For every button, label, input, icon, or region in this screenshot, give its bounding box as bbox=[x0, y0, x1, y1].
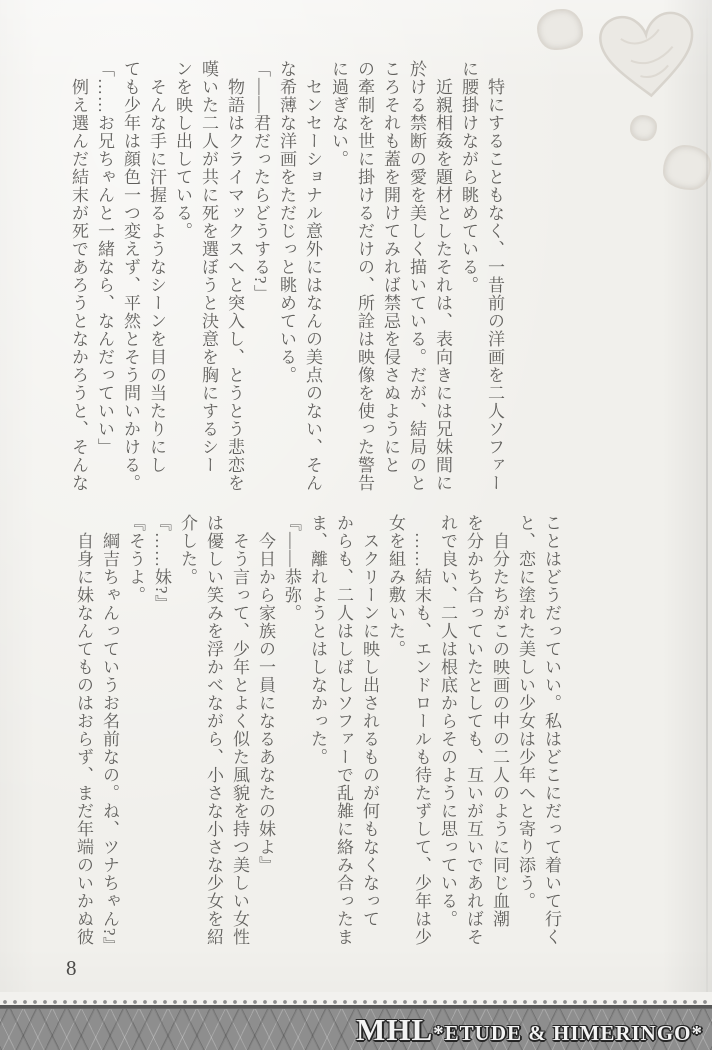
text-line: 女を組み敷いた。 bbox=[382, 514, 408, 947]
text-line: 於ける禁断の愛を美しく描いている。だが、結局のと bbox=[403, 60, 429, 493]
book-page: 特にすることもなく、一昔前の洋画を二人ソファーに腰掛けながら眺めている。 近親相… bbox=[0, 0, 712, 1050]
text-line: 物語はクライマックスへと突入し、とうとう悲恋を bbox=[221, 60, 247, 493]
text-line: な希薄な洋画をただじっと眺めている。 bbox=[273, 60, 299, 493]
text-line: 「……お兄ちゃんと一緒なら、なんだっていい」 bbox=[91, 60, 117, 493]
text-line: 綱吉ちゃんっていうお名前なの。ね、ツナちゃん?』 bbox=[96, 514, 122, 947]
text-line: 『――恭弥。 bbox=[278, 514, 304, 947]
text-line: 「――君だったらどうする?」 bbox=[247, 60, 273, 493]
text-line: 介した。 bbox=[174, 514, 200, 947]
tiny-heart-icon bbox=[630, 115, 657, 141]
text-line: センセーショナル意外にはなんの美点のない、そん bbox=[299, 60, 325, 493]
footer-title-sub: *ETUDE & HIMERINGO* bbox=[433, 1021, 703, 1045]
text-line: ころそれも蓋を開けてみれば禁忌を侵さぬようにと bbox=[377, 60, 403, 493]
page-edge-shadow bbox=[706, 0, 708, 992]
top-text-block: 特にすることもなく、一昔前の洋画を二人ソファーに腰掛けながら眺めている。 近親相… bbox=[65, 60, 507, 493]
text-line: 嘆いた二人が共に死を選ぼうと決意を胸にするシー bbox=[195, 60, 221, 493]
heart-icon bbox=[588, 1, 708, 112]
text-line: の牽制を世に掛けるだけの、所詮は映像を使った警告 bbox=[351, 60, 377, 493]
text-line: ことはどうだっていい。私はどこにだって着いて行く bbox=[538, 514, 564, 947]
text-line: に過ぎない。 bbox=[325, 60, 351, 493]
text-line: からも、二人はしばしソファーで乱雑に絡み合ったま bbox=[330, 514, 356, 947]
text-line: ても少年は顔色一つ変えず、平然とそう問いかける。 bbox=[117, 60, 143, 493]
text-line: 近親相姦を題材としたそれは、表向きには兄妹間に bbox=[429, 60, 455, 493]
text-line: れで良い、二人は根底からそのように思っている。 bbox=[434, 514, 460, 947]
text-line: 今日から家族の一員になるあなたの妹よ』 bbox=[252, 514, 278, 947]
lace-border bbox=[0, 992, 712, 1008]
text-line: 『そうよ。 bbox=[122, 514, 148, 947]
text-line: 自身に妹なんてものはおらず、まだ年端のいかぬ彼 bbox=[70, 514, 96, 947]
text-line: そんな手に汗握るようなシーンを目の当たりにし bbox=[143, 60, 169, 493]
footer-title-main: MHL bbox=[356, 1012, 433, 1047]
small-heart-icon bbox=[663, 145, 711, 190]
text-line: は優しい笑みを浮かべながら、小さな小さな少女を紹 bbox=[200, 514, 226, 947]
text-line: 自分たちがこの映画の中の二人のように同じ血潮 bbox=[486, 514, 512, 947]
footer-band: MHL*ETUDE & HIMERINGO* bbox=[0, 1008, 712, 1050]
footer-title: MHL*ETUDE & HIMERINGO* bbox=[356, 1012, 703, 1048]
footer-banner: MHL*ETUDE & HIMERINGO* bbox=[0, 992, 712, 1050]
small-heart-icon bbox=[537, 9, 583, 50]
text-line: スクリーンに映し出されるものが何もなくなって bbox=[356, 514, 382, 947]
text-line: 『……妹?』 bbox=[148, 514, 174, 947]
bottom-text-block: ことはどうだっていい。私はどこにだって着いて行くと、恋に塗れた美しい少女は少年へ… bbox=[70, 514, 564, 947]
text-line: ……結末も、エンドロールも待たずして、少年は少 bbox=[408, 514, 434, 947]
page-number: 8 bbox=[66, 956, 77, 981]
text-line: と、恋に塗れた美しい少女は少年へと寄り添う。 bbox=[512, 514, 538, 947]
text-line: ま、離れようとはしなかった。 bbox=[304, 514, 330, 947]
text-line: ンを映し出している。 bbox=[169, 60, 195, 493]
text-line: そう言って、少年とよく似た風貌を持つ美しい女性 bbox=[226, 514, 252, 947]
text-line: に腰掛けながら眺めている。 bbox=[455, 60, 481, 493]
text-line: 特にすることもなく、一昔前の洋画を二人ソファー bbox=[481, 60, 507, 493]
text-line: を分かち合っていたとしても、互いが互いであればそ bbox=[460, 514, 486, 947]
text-line: 例え選んだ結末が死であろうとなかろうと、そんな bbox=[65, 60, 91, 493]
